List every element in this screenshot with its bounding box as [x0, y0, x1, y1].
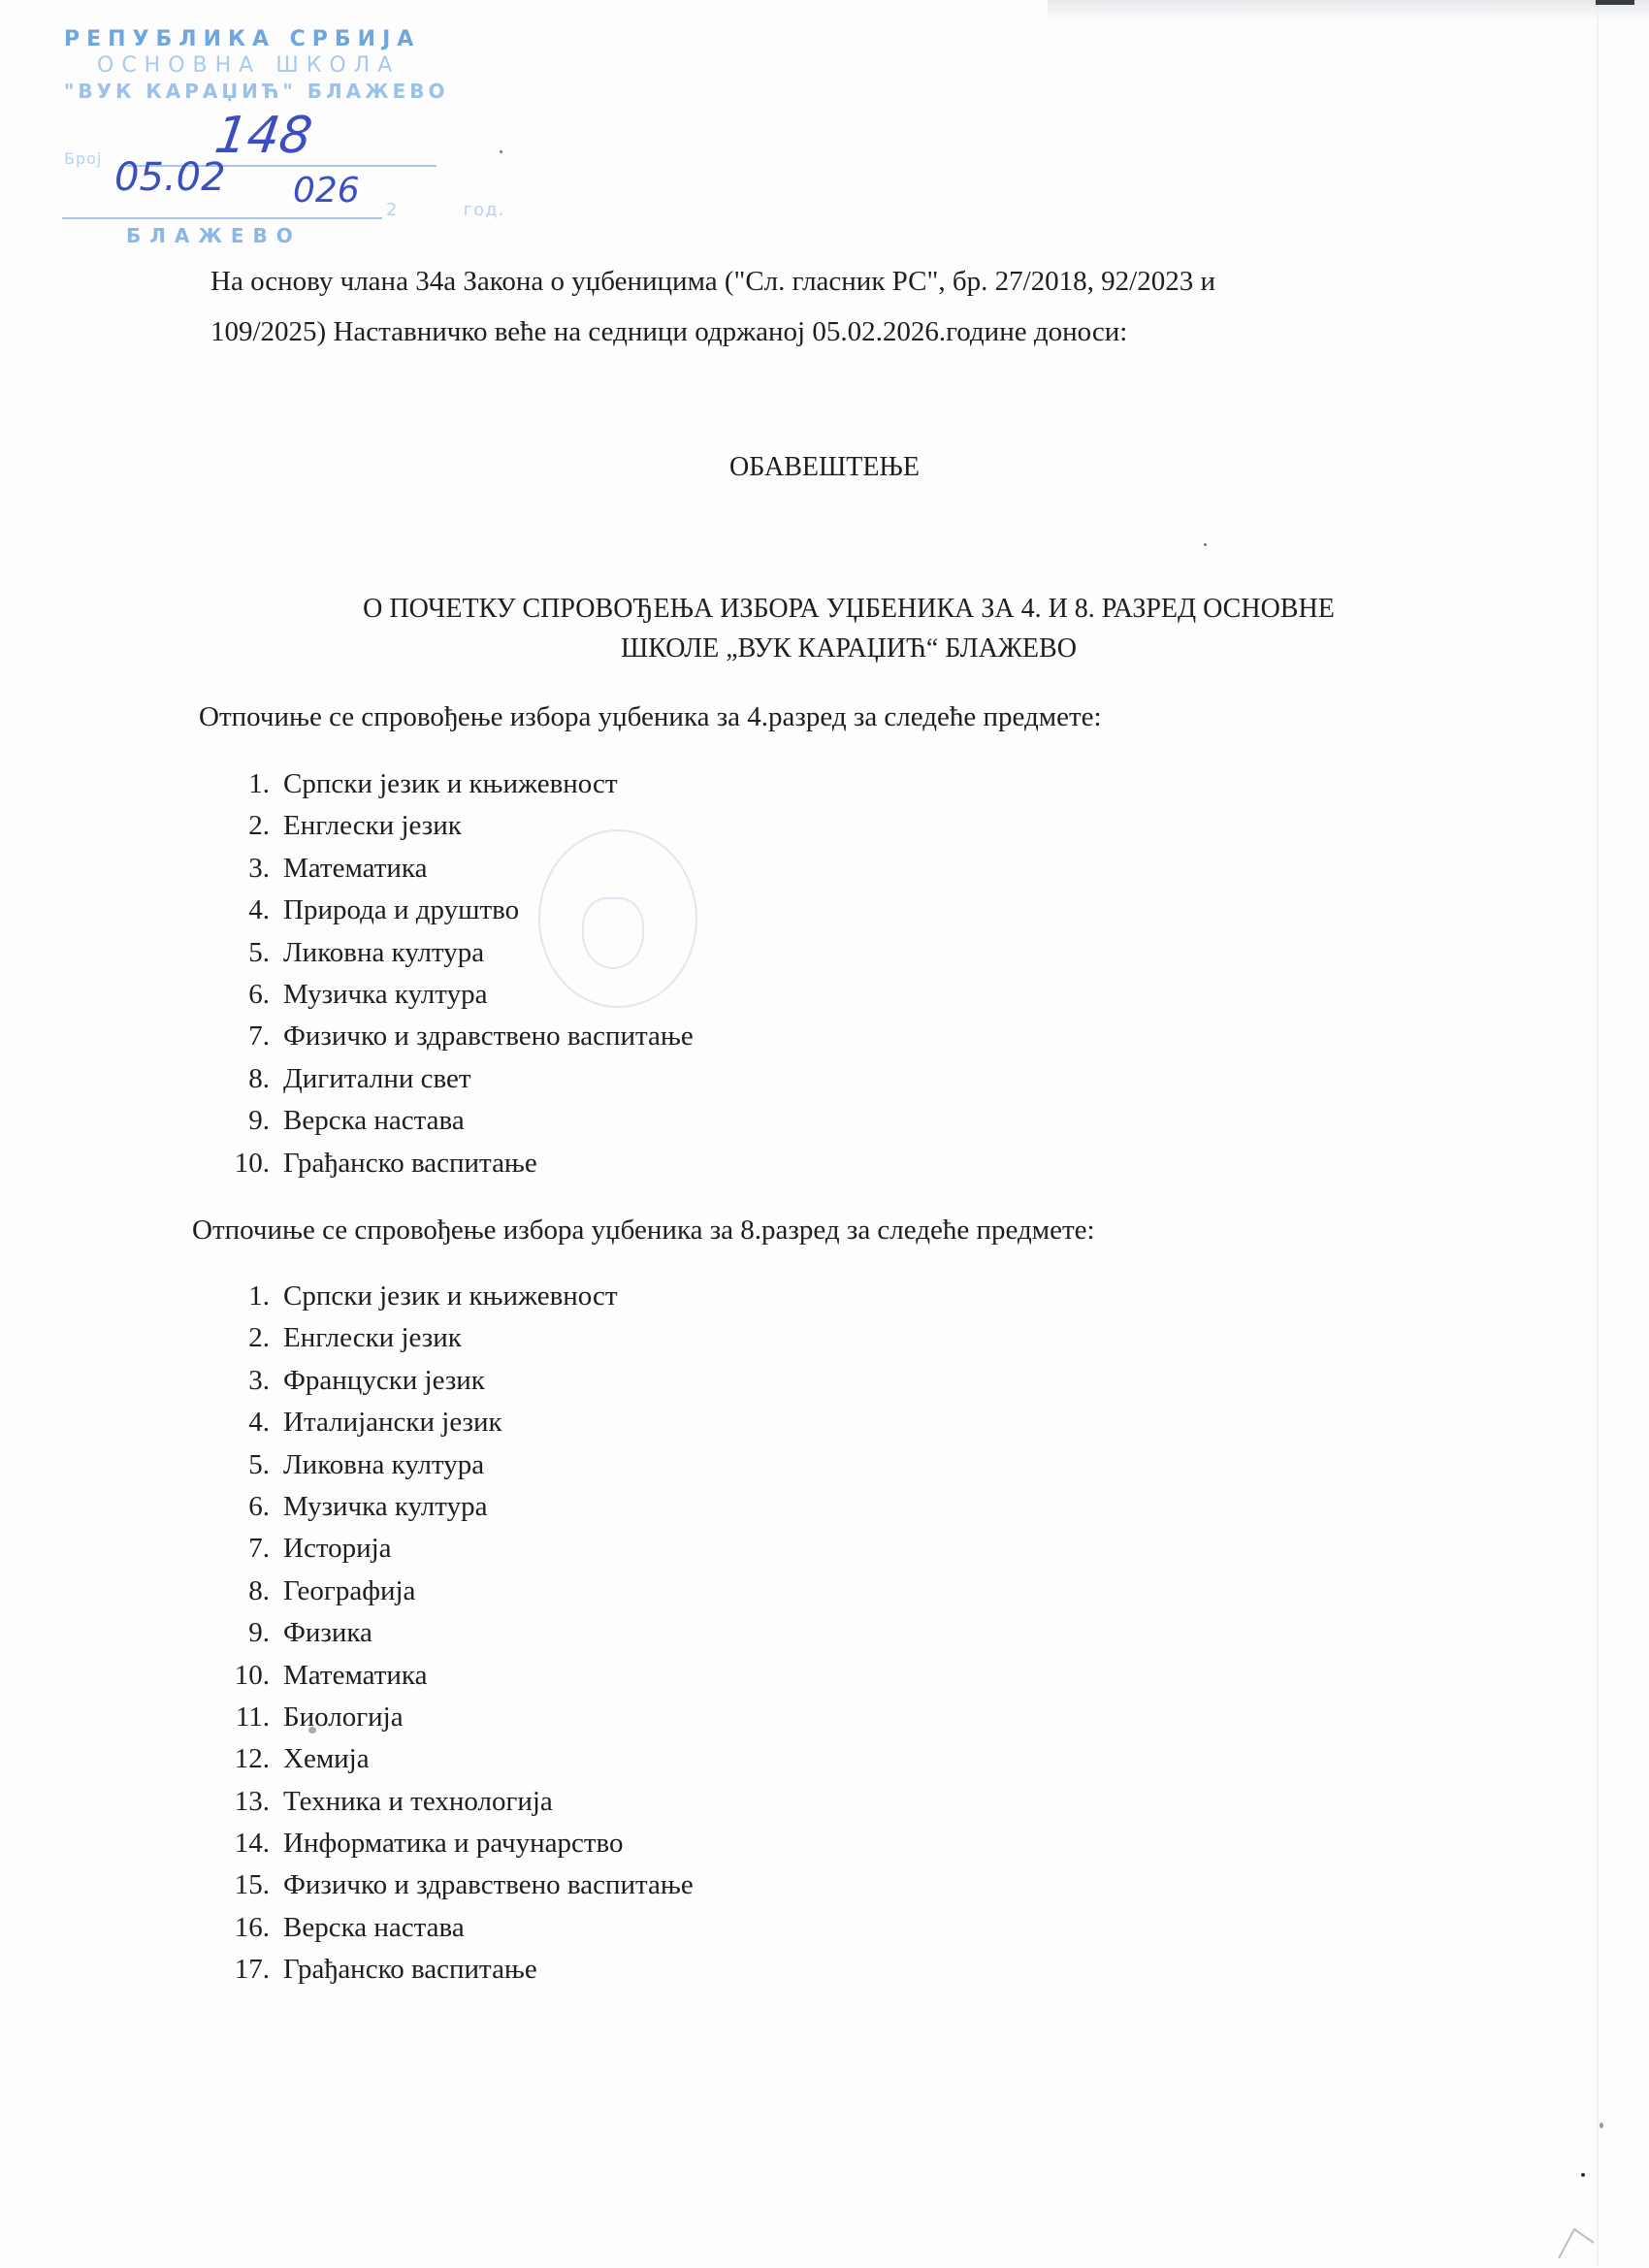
- list-item: 6.Музичка култура: [283, 1491, 694, 1533]
- stamp-school-name: "ВУК КАРАЏИЋ" БЛАЖЕВО: [64, 80, 449, 103]
- stamp-place: БЛАЖЕВО: [126, 224, 302, 247]
- scan-shadow-edge: [1048, 0, 1649, 21]
- list-item: 10.Математика: [283, 1660, 694, 1701]
- document-title: ОБАВЕШТЕЊЕ: [0, 454, 1649, 481]
- list-item: 2.Енглески језик: [283, 810, 694, 852]
- stamp-country: РЕПУБЛИКА СРБИЈА: [64, 27, 420, 51]
- handwritten-registration-number: 148: [211, 107, 316, 165]
- grade4-intro: Отпочиње се спровођење избора уџбеника з…: [199, 703, 1102, 731]
- scan-corner-mark: [1596, 0, 1634, 5]
- list-item: 9.Верска настава: [283, 1105, 694, 1147]
- grade4-subject-list: 1.Српски језик и књижевност 2.Енглески ј…: [283, 768, 694, 1189]
- list-item: 1.Српски језик и књижевност: [283, 1280, 694, 1322]
- grade8-subject-list: 1.Српски језик и књижевност 2.Енглески ј…: [283, 1280, 694, 1996]
- list-item: 5.Ликовна култура: [283, 1449, 694, 1491]
- scan-speck: [1581, 2173, 1585, 2177]
- document-subtitle-line-1: О ПОЧЕТКУ СПРОВОЂЕЊА ИЗБОРА УЏБЕНИКА ЗА …: [0, 596, 1649, 623]
- grade8-intro: Отпочиње се спровођење избора уџбеника з…: [192, 1216, 1095, 1245]
- list-item: 7.Физичко и здравствено васпитање: [283, 1021, 694, 1062]
- list-item: 7.Историја: [283, 1533, 694, 1574]
- list-item: 3.Француски језик: [283, 1365, 694, 1407]
- list-item: 6.Музичка култура: [283, 979, 694, 1021]
- stamp-year-suffix: 2 год.: [386, 200, 504, 220]
- intro-line-1: На основу члана 34а Закона о уџбеницима …: [210, 268, 1215, 296]
- list-item: 2.Енглески језик: [283, 1322, 694, 1364]
- list-item: 12.Хемија: [283, 1743, 694, 1785]
- list-item: 8.Дигитални свет: [283, 1063, 694, 1105]
- list-item: 9.Физика: [283, 1617, 694, 1659]
- stamp-number-label: Број: [64, 149, 102, 168]
- scanned-document-page: РЕПУБЛИКА СРБИЈА ОСНОВНА ШКОЛА "ВУК КАРА…: [0, 0, 1649, 2268]
- scan-corner-fold: [1557, 2221, 1600, 2260]
- scan-speck: [1600, 2122, 1603, 2128]
- scan-speck: [500, 150, 502, 153]
- list-item: 17.Грађанско васпитање: [283, 1954, 694, 1995]
- scan-fold-line: [1597, 6, 1599, 2266]
- intro-line-2: 109/2025) Наставничко веће на седници од…: [210, 318, 1127, 346]
- list-item: 13.Техника и технологија: [283, 1786, 694, 1828]
- scan-speck: [1204, 543, 1207, 546]
- list-item: 10.Грађанско васпитање: [283, 1148, 694, 1189]
- list-item: 8.Географија: [283, 1575, 694, 1617]
- stamp-date-rule: [62, 217, 382, 219]
- list-item: 1.Српски језик и књижевност: [283, 768, 694, 810]
- document-subtitle-line-2: ШКОЛЕ „ВУК КАРАЏИЋ“ БЛАЖЕВО: [0, 635, 1649, 663]
- list-item: 11.Биологија: [283, 1701, 694, 1743]
- list-item: 16.Верска настава: [283, 1912, 694, 1954]
- list-item: 5.Ликовна култура: [283, 937, 694, 979]
- handwritten-date: 05.02: [114, 155, 226, 200]
- list-item: 4.Италијански језик: [283, 1407, 694, 1448]
- list-item: 3.Математика: [283, 853, 694, 894]
- list-item: 4.Природа и друштво: [283, 894, 694, 936]
- list-item: 14.Информатика и рачунарство: [283, 1828, 694, 1869]
- handwritten-year: 026: [293, 171, 360, 211]
- stamp-institution-type: ОСНОВНА ШКОЛА: [97, 53, 400, 78]
- list-item: 15.Физичко и здравствено васпитање: [283, 1869, 694, 1911]
